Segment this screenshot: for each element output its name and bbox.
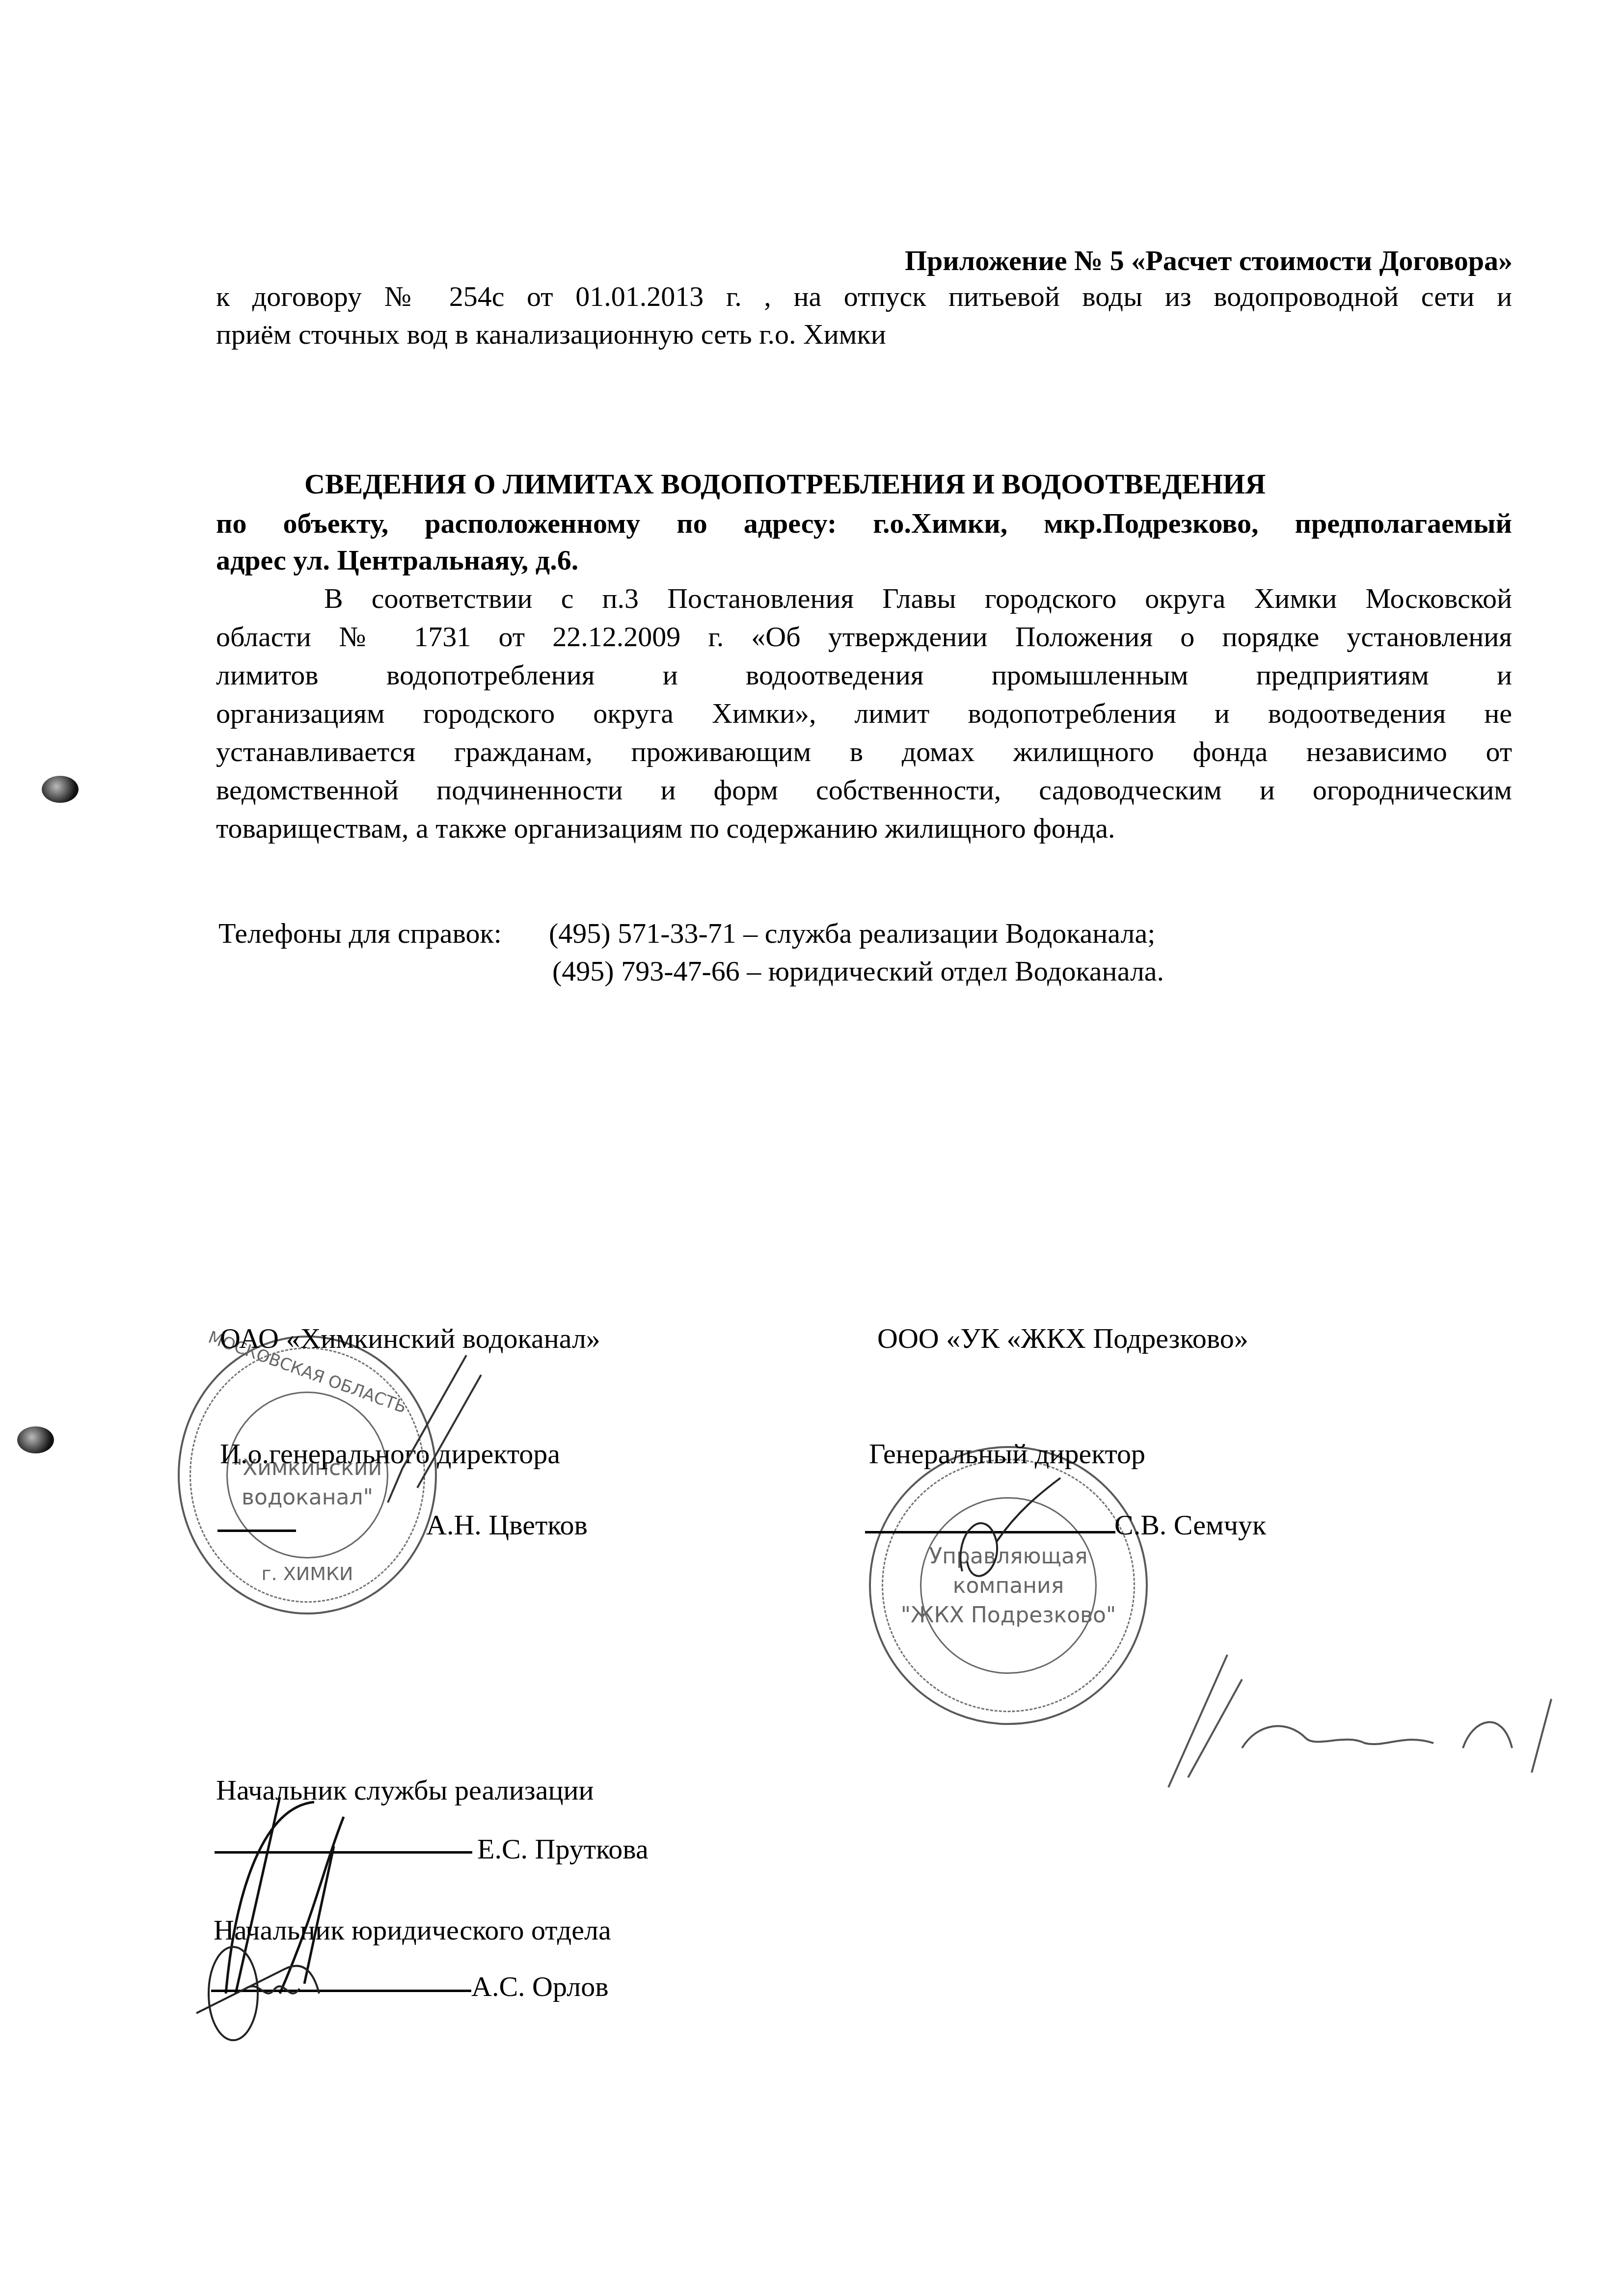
- section-title: СВЕДЕНИЯ О ЛИМИТАХ ВОДОПОТРЕБЛЕНИЯ И ВОД…: [304, 464, 1266, 504]
- approval-handwritten-signature: [1159, 1650, 1561, 1797]
- body-line: товариществам, а также организациям по с…: [216, 808, 1115, 848]
- body-line: устанавливается гражданам, проживающим в…: [216, 732, 1512, 772]
- stamp-bottom-text: г. ХИМКИ: [180, 1561, 435, 1586]
- body-line: В соответствии с п.3 Постановления Главы…: [324, 578, 1512, 619]
- contact-phone-realization: (495) 571-33-71 – служба реализации Водо…: [549, 913, 1155, 954]
- right-party-name: С.В. Семчук: [1114, 1505, 1266, 1545]
- body-line: области № 1731 от 22.12.2009 г. «Об утве…: [216, 617, 1512, 657]
- right-party-signature: [943, 1473, 1090, 1620]
- legal-head-name: А.С. Орлов: [471, 1967, 609, 2007]
- left-party-signature: [344, 1340, 491, 1547]
- legal-head-signature: [187, 1935, 363, 2062]
- body-line: организациям городского округа Химки», л…: [216, 693, 1512, 734]
- right-party-position: Генеральный директор: [869, 1434, 1145, 1474]
- hole-punch-mark-bottom: [17, 1426, 54, 1453]
- body-line: лимитов водопотребления и водоотведения …: [216, 655, 1512, 695]
- contacts-label: Телефоны для справок:: [218, 913, 502, 954]
- object-address-line-1: по объекту, расположенному по адресу: г.…: [216, 503, 1512, 544]
- contract-reference-line-2: приём сточных вод в канализационную сеть…: [216, 314, 886, 355]
- hole-punch-mark-top: [42, 776, 79, 803]
- realization-head-name: Е.С. Пруткова: [477, 1829, 649, 1869]
- right-party-org: ООО «УК «ЖКХ Подрезково»: [877, 1318, 1248, 1359]
- object-address-line-2: адрес ул. Центральнаяу, д.6.: [216, 540, 578, 580]
- body-line: ведомственной подчиненности и форм собст…: [216, 770, 1512, 810]
- appendix-title: Приложение № 5 «Расчет стоимости Договор…: [905, 241, 1513, 281]
- left-party-signature-line: [217, 1530, 296, 1532]
- contract-reference-line-1: к договору № 254с от 01.01.2013 г. , на …: [216, 276, 1512, 317]
- contact-phone-legal: (495) 793-47-66 – юридический отдел Водо…: [552, 951, 1164, 991]
